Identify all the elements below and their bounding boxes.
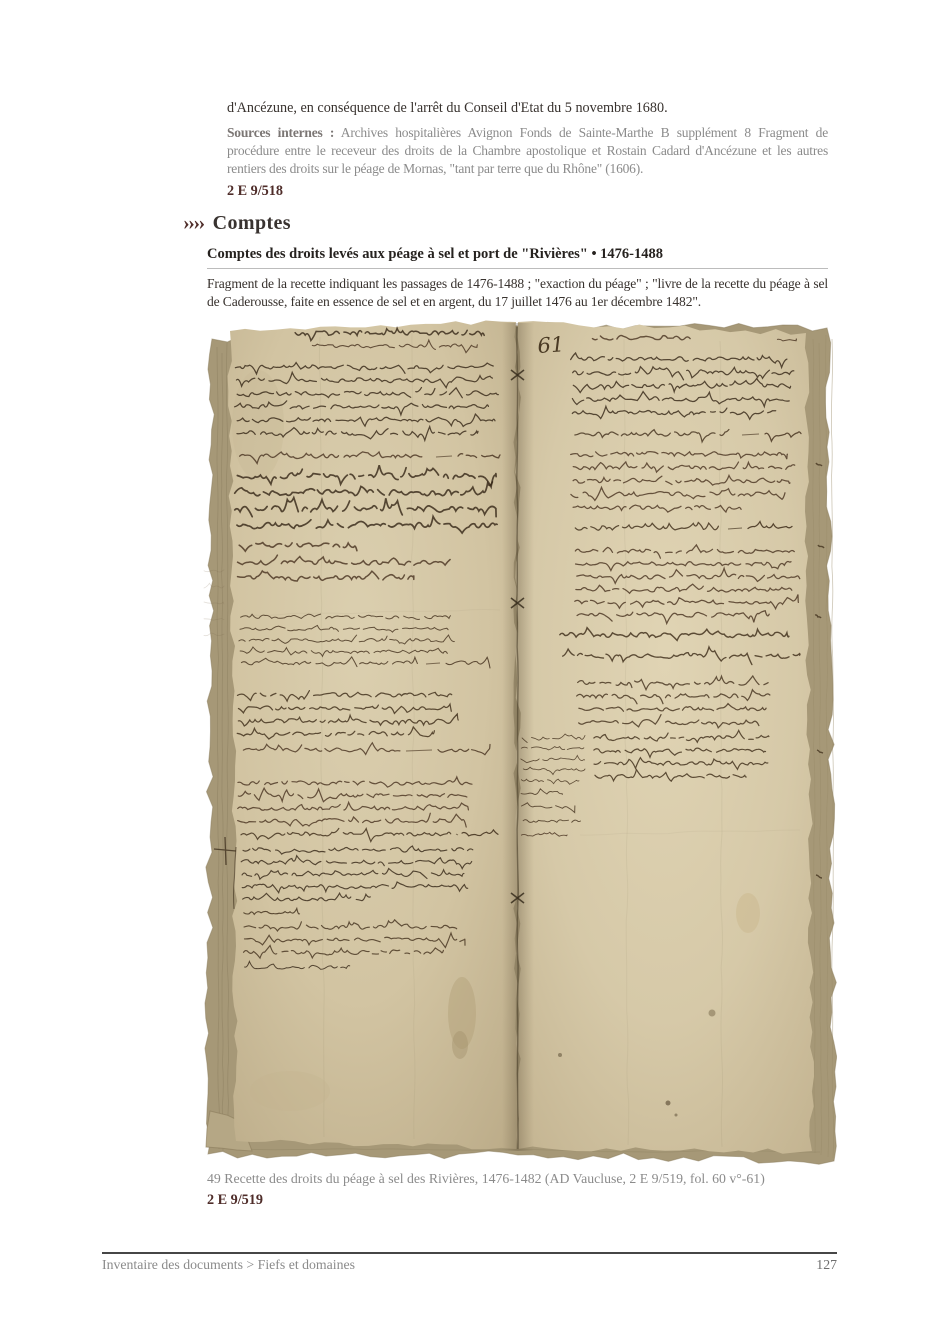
entry-title: Comptes des droits levés aux péage à sel… — [207, 246, 828, 269]
entry-description: Fragment de la recette indiquant les pas… — [207, 275, 828, 312]
sources-label: Sources internes : — [227, 125, 334, 140]
manuscript-figure: 61 — [200, 313, 837, 1166]
section-marker-icon: ›››› — [183, 212, 204, 234]
archival-reference-2e9-518: 2 E 9/518 — [227, 183, 829, 200]
content-column: d'Ancézune, en conséquence de l'arrêt du… — [183, 99, 829, 312]
footer-page-number: 127 — [816, 1257, 837, 1273]
section-title: Comptes — [213, 212, 291, 234]
sources-paragraph: Sources internes : Archives hospitalière… — [227, 124, 828, 178]
intro-paragraph: d'Ancézune, en conséquence de l'arrêt du… — [227, 99, 828, 117]
footer: Inventaire des documents > Fiefs et doma… — [102, 1257, 837, 1273]
document-page: d'Ancézune, en conséquence de l'arrêt du… — [0, 0, 930, 1323]
manuscript-photo: 61 — [200, 313, 837, 1166]
section-heading: ››››Comptes — [183, 212, 829, 235]
footer-breadcrumb: Inventaire des documents > Fiefs et doma… — [102, 1257, 355, 1273]
archival-reference-2e9-519: 2 E 9/519 — [207, 1192, 263, 1209]
figure-caption: 49 Recette des droits du péage à sel des… — [207, 1171, 837, 1187]
folio-number: 61 — [537, 332, 565, 358]
footer-divider — [102, 1252, 837, 1254]
